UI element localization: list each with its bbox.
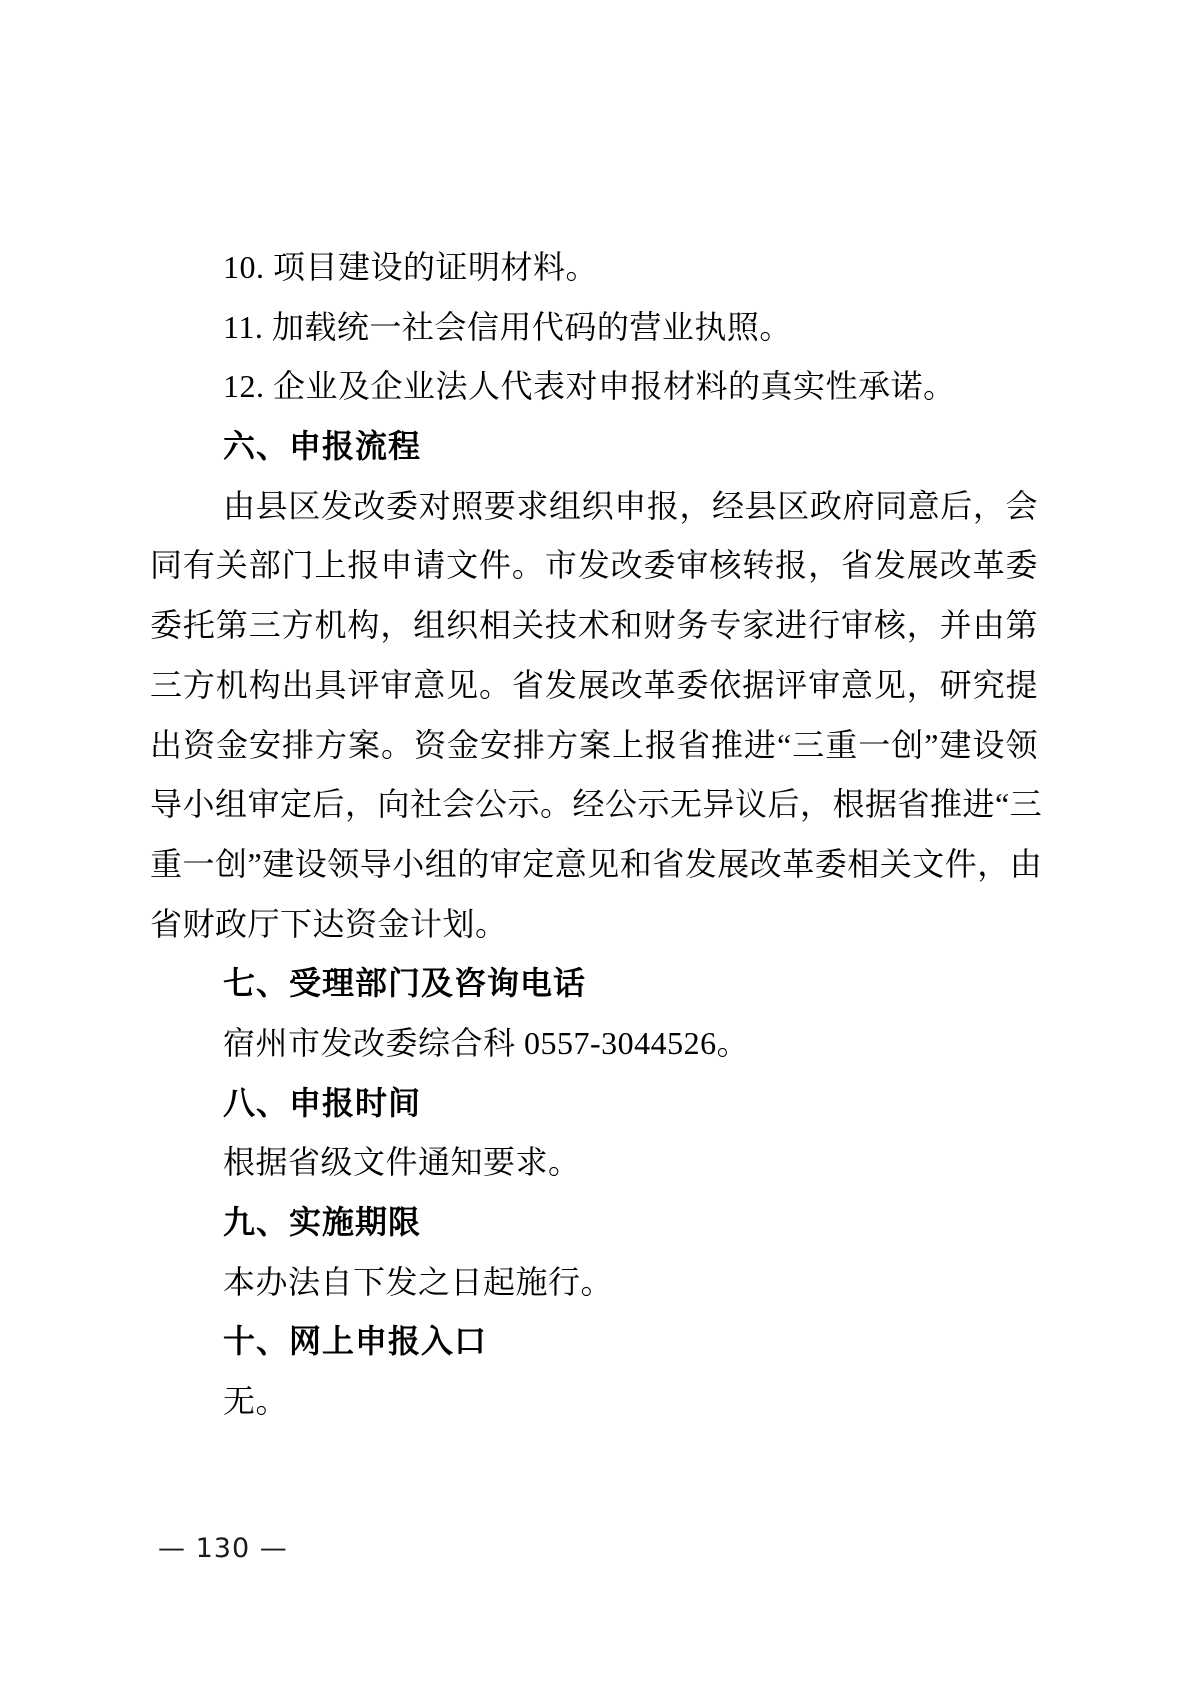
list-item: 12. 企业及企业法人代表对申报材料的真实性承诺。 <box>150 357 1038 417</box>
body-line-contact-phone: 宿州市发改委综合科 0557-3044526。 <box>150 1014 1038 1074</box>
list-item: 10. 项目建设的证明材料。 <box>150 238 1038 298</box>
paragraph-line: 三方机构出具评审意见。省发展改革委依据评审意见，研究提 <box>150 656 1038 716</box>
paragraph-line: 重一创”建设领导小组的审定意见和省发展改革委相关文件，由 <box>150 835 1038 895</box>
paragraph-line: 由县区发改委对照要求组织申报，经县区政府同意后，会 <box>150 477 1038 537</box>
document-page: 10. 项目建设的证明材料。 11. 加载统一社会信用代码的营业执照。 12. … <box>0 0 1190 1683</box>
body-line-application-time: 根据省级文件通知要求。 <box>150 1133 1038 1193</box>
section-heading-7: 七、受理部门及咨询电话 <box>150 954 1038 1014</box>
list-item: 11. 加载统一社会信用代码的营业执照。 <box>150 298 1038 358</box>
section-heading-8: 八、申报时间 <box>150 1074 1038 1134</box>
document-body: 10. 项目建设的证明材料。 11. 加载统一社会信用代码的营业执照。 12. … <box>150 238 1038 1432</box>
section-heading-9: 九、实施期限 <box>150 1193 1038 1253</box>
paragraph-line: 同有关部门上报申请文件。市发改委审核转报，省发展改革委 <box>150 536 1038 596</box>
body-line-online-entry: 无。 <box>150 1372 1038 1432</box>
section-heading-10: 十、网上申报入口 <box>150 1312 1038 1372</box>
section-heading-6: 六、申报流程 <box>150 417 1038 477</box>
body-line-implementation-period: 本办法自下发之日起施行。 <box>150 1253 1038 1313</box>
paragraph-line: 导小组审定后，向社会公示。经公示无异议后，根据省推进“三 <box>150 775 1038 835</box>
paragraph-line: 出资金安排方案。资金安排方案上报省推进“三重一创”建设领 <box>150 716 1038 776</box>
paragraph-line: 委托第三方机构，组织相关技术和财务专家进行审核，并由第 <box>150 596 1038 656</box>
page-number: — 130 — <box>158 1533 288 1564</box>
paragraph-line: 省财政厅下达资金计划。 <box>150 895 1038 955</box>
